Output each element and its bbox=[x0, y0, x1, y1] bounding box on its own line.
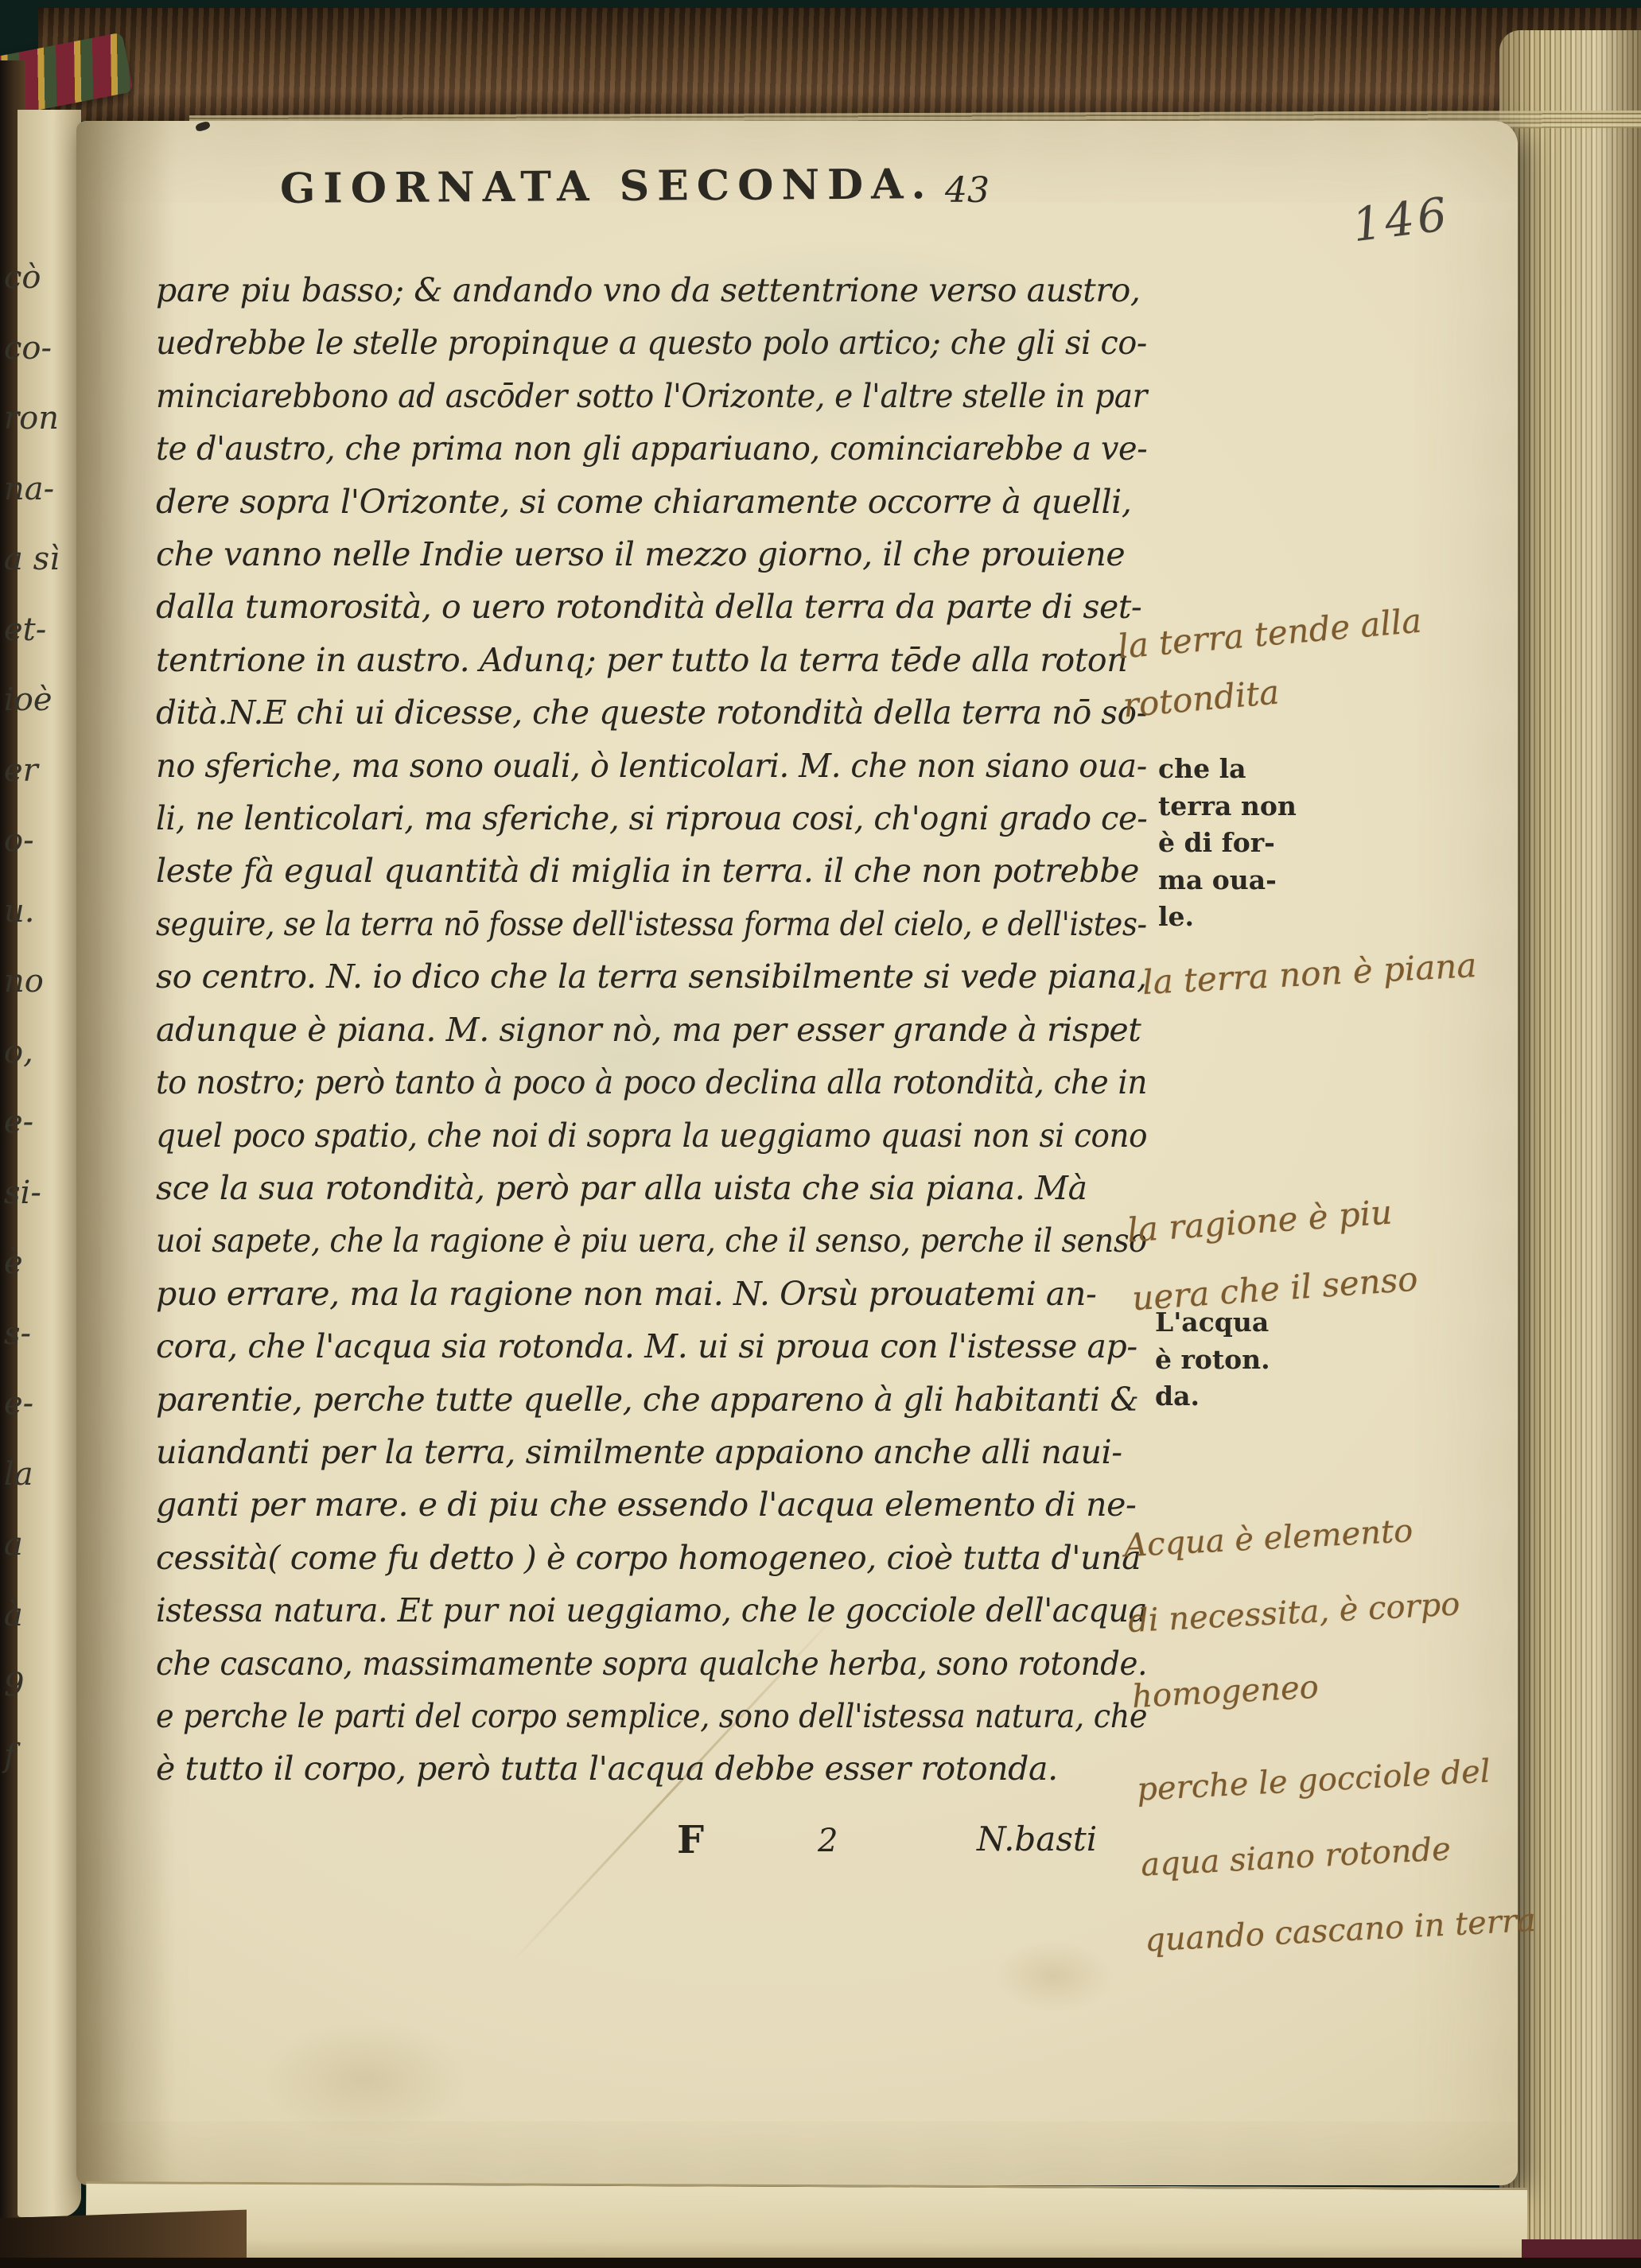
body-text-line: quel poco spatio, che noi di sopra la ue… bbox=[156, 1109, 1095, 1162]
signature-number: 2 bbox=[818, 1823, 838, 1859]
body-text-line: li, ne lenticolari, ma sferiche, si ripr… bbox=[156, 792, 1123, 845]
handwritten-note: Acqua è elementodi necessita, è corpohom… bbox=[1122, 1489, 1538, 1979]
facing-page-fragment: si- bbox=[2, 1175, 78, 1245]
body-text-line: puo errare, ma la ragione non mai. N. Or… bbox=[156, 1268, 1147, 1320]
body-text-line: adunque è piana. M. signor nò, ma per es… bbox=[156, 1004, 1147, 1056]
body-text-line: che vanno nelle Indie uerso il mezzo gio… bbox=[156, 528, 1147, 581]
facing-page-fragment: e- bbox=[2, 1104, 78, 1175]
facing-page-fragment: e- bbox=[2, 1385, 78, 1456]
margin-note-line: le. bbox=[1158, 899, 1333, 936]
book-photo-scene: còco-ronna-a sìet-ioèero-u.noo,e-si-ès-e… bbox=[0, 0, 1641, 2268]
facing-page-fragment: er bbox=[2, 752, 78, 823]
catchword-row: F 2 N.basti bbox=[156, 1818, 1147, 1874]
facing-page-fragment: è bbox=[2, 1245, 78, 1315]
body-text-line: seguire, se la terra nō fosse dell'istes… bbox=[156, 898, 1053, 950]
body-text-line: dere sopra l'Orizonte, si come chiaramen… bbox=[156, 476, 1147, 528]
body-text-line: leste fà egual quantità di miglia in ter… bbox=[156, 845, 1147, 897]
body-text-line: uedrebbe le stelle propinque a questo po… bbox=[156, 317, 1115, 369]
facing-page-fragment: et- bbox=[2, 612, 78, 682]
body-text-line: no sferiche, ma sono ouali, ò lenticolar… bbox=[156, 740, 1122, 792]
body-text-line: e perche le parti del corpo semplice, so… bbox=[156, 1690, 1079, 1742]
body-text-line: uoi sapete, che la ragione è piu uera, c… bbox=[156, 1214, 1076, 1267]
body-text-line: dalla tumorosità, o uero rotondità della… bbox=[156, 581, 1147, 633]
facing-page-fragment: ron bbox=[2, 400, 78, 471]
margin-note-line: ma oua- bbox=[1158, 862, 1333, 899]
facing-page-fragment: a sì bbox=[2, 541, 78, 612]
body-text-line: cora, che l'acqua sia rotonda. M. ui si … bbox=[156, 1320, 1147, 1373]
body-text-line: istessa natura. Et pur noi ueggiamo, che… bbox=[156, 1584, 1121, 1637]
facing-page-fragment: la bbox=[2, 1456, 78, 1527]
margin-note-line: terra non bbox=[1158, 788, 1333, 825]
body-text-line: è tutto il corpo, però tutta l'acqua deb… bbox=[156, 1742, 1147, 1795]
facing-page-fragment: f bbox=[2, 1738, 78, 1808]
body-text-line: uiandanti per la terra, similmente appai… bbox=[156, 1426, 1147, 1478]
body-text-line: ganti per mare. e di piu che essendo l'a… bbox=[156, 1478, 1147, 1531]
margin-note-line: da. bbox=[1155, 1378, 1330, 1416]
facing-page-fragment: cò bbox=[2, 259, 78, 330]
facing-page-fragment: o, bbox=[2, 1034, 78, 1105]
body-text-line: sce la sua rotondità, però par alla uist… bbox=[156, 1162, 1147, 1214]
body-text-line: parentie, perche tutte quelle, che appar… bbox=[156, 1373, 1147, 1426]
margin-note-line: è di for- bbox=[1158, 825, 1333, 862]
facing-page-fragment: u. bbox=[2, 893, 78, 964]
book-top-leather-edge bbox=[38, 8, 1641, 121]
main-text-block: pare piu basso; & andando vno da settent… bbox=[156, 264, 1147, 1796]
facing-page-fragment: à bbox=[2, 1597, 78, 1668]
body-text-line: tentrione in austro. Adunq; per tutto la… bbox=[156, 634, 1147, 686]
bottom-shadow bbox=[0, 2258, 1641, 2268]
body-text-line: minciarebbono ad ascōder sotto l'Orizont… bbox=[156, 370, 1102, 422]
facing-page-fragment: o- bbox=[2, 822, 78, 893]
facing-page-text-fragments: còco-ronna-a sìet-ioèero-u.noo,e-si-ès-e… bbox=[2, 259, 78, 2112]
body-text-line: dità.N.E chi ui dicesse, che queste roto… bbox=[156, 686, 1134, 739]
signature-mark: F bbox=[677, 1818, 704, 1862]
running-title: GIORNATA SECONDA. bbox=[280, 160, 934, 213]
body-text-line: che cascano, massimamente sopra qualche … bbox=[156, 1637, 1092, 1690]
margin-note-line: è roton. bbox=[1155, 1342, 1330, 1379]
body-text-line: te d'austro, che prima non gli appariuan… bbox=[156, 422, 1118, 475]
facing-page-fragment: na- bbox=[2, 471, 78, 542]
facing-page-fragment: a bbox=[2, 1526, 78, 1597]
margin-note-line: che la bbox=[1158, 751, 1333, 788]
body-text-line: so centro. N. io dico che la terra sensi… bbox=[156, 950, 1147, 1003]
body-text-line: cessità( come fu detto ) è corpo homogen… bbox=[156, 1532, 1147, 1584]
handwritten-note: la ragione è piuuera che il senso bbox=[1125, 1177, 1420, 1334]
bottom-page-edge bbox=[86, 2181, 1527, 2268]
facing-page-fragment: 9 bbox=[2, 1667, 78, 1738]
printed-page-number: 43 bbox=[945, 170, 990, 211]
catchword: N.basti bbox=[977, 1819, 1097, 1858]
facing-page-fragment: no bbox=[2, 963, 78, 1034]
body-text-line: to nostro; però tanto à poco à poco decl… bbox=[156, 1056, 1098, 1109]
facing-page-fragment: ioè bbox=[2, 682, 78, 752]
body-text-line: pare piu basso; & andando vno da settent… bbox=[156, 264, 1147, 317]
facing-page-fragment: co- bbox=[2, 330, 78, 401]
facing-page-fragment: s- bbox=[2, 1315, 78, 1386]
printed-margin-note: che laterra nonè di for-ma oua-le. bbox=[1158, 751, 1333, 936]
